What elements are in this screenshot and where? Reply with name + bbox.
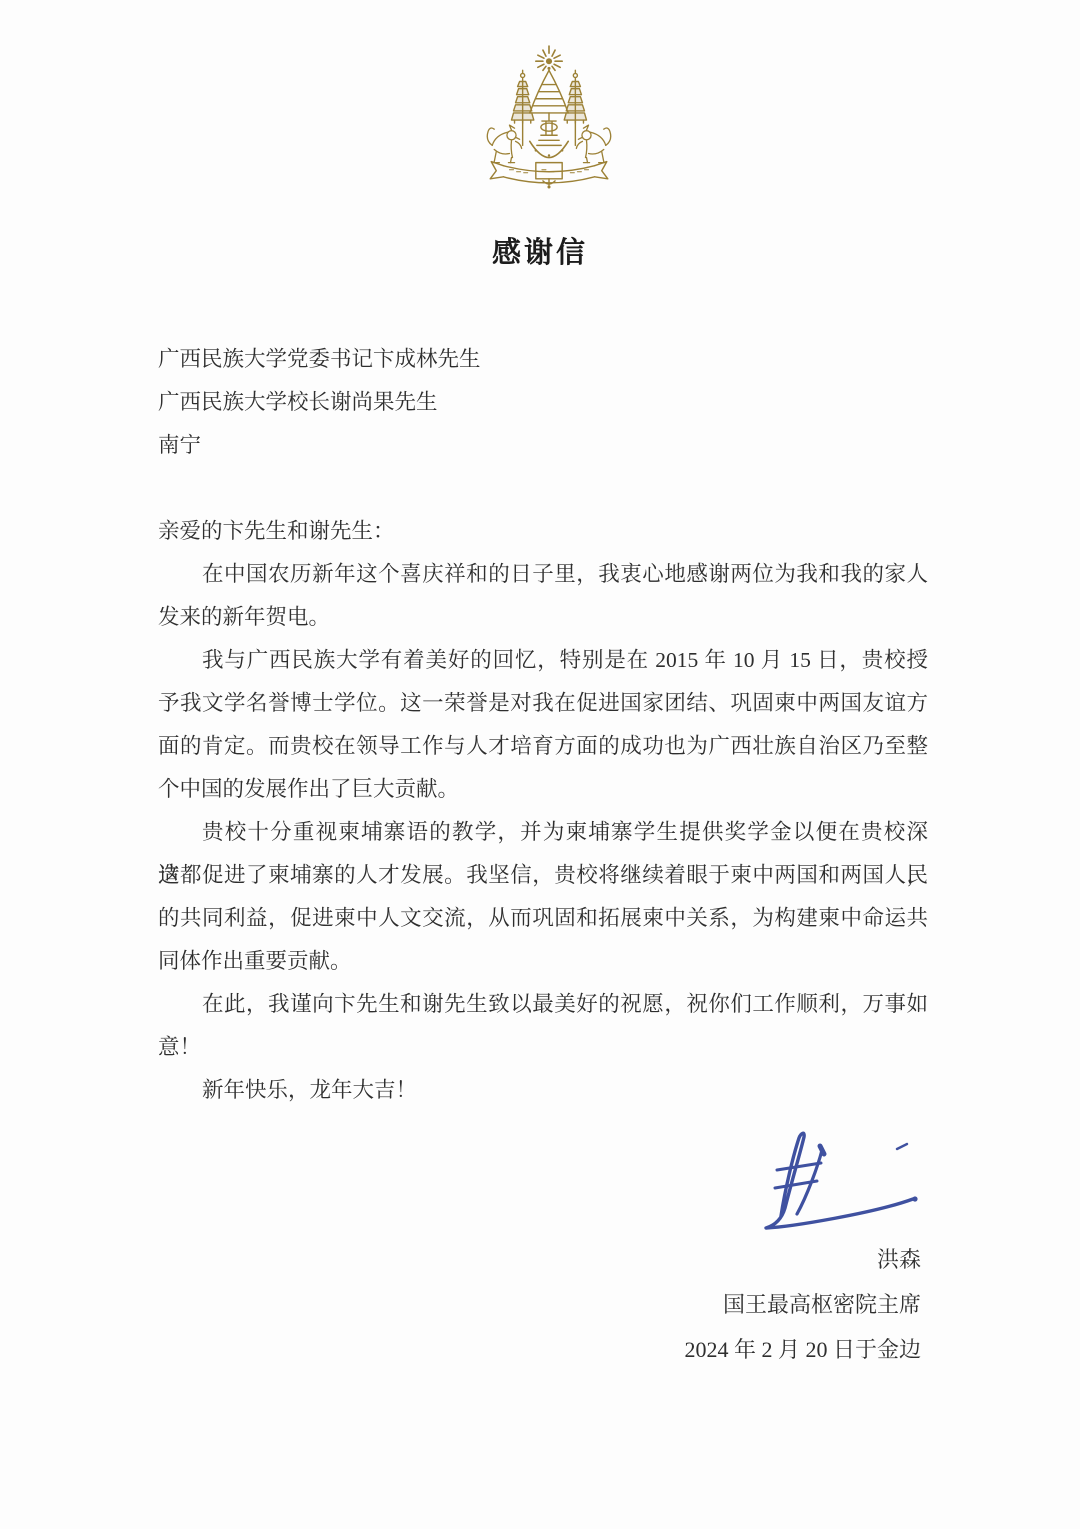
date-place: 2024 年 2 月 20 日于金边 (560, 1327, 921, 1372)
letter-page: 感谢信 广西民族大学党委书记卞成林先生 广西民族大学校长谢尚果先生 南宁 亲爱的… (0, 0, 1080, 1529)
letter-title: 感谢信 (0, 230, 1080, 271)
body-line: 面的肯定。而贵校在领导工作与人才培育方面的成功也为广西壮族自治区乃至整 (158, 725, 928, 768)
signer-name: 洪森 (560, 1237, 921, 1282)
body-line: 我与广西民族大学有着美好的回忆，特别是在 2015 年 10 月 15 日，贵校… (158, 639, 928, 682)
recipient-city: 南宁 (158, 424, 928, 467)
salutation: 亲爱的卞先生和谢先生： (158, 510, 928, 553)
recipient-line: 广西民族大学校长谢尚果先生 (158, 381, 928, 424)
blank-line (158, 467, 928, 510)
body-line: 贵校十分重视柬埔寨语的教学，并为柬埔寨学生提供奖学金以便在贵校深造， (158, 811, 928, 854)
body-line: 在中国农历新年这个喜庆祥和的日子里，我衷心地感谢两位为我和我的家人 (158, 553, 928, 596)
body-line: 这都促进了柬埔寨的人才发展。我坚信，贵校将继续着眼于柬中两国和两国人民 (158, 854, 928, 897)
recipient-line: 广西民族大学党委书记卞成林先生 (158, 338, 928, 381)
signer-title: 国王最高枢密院主席 (560, 1282, 921, 1327)
handwritten-signature (735, 1118, 945, 1253)
body-line: 同体作出重要贡献。 (158, 940, 928, 983)
body-line: 个中国的发展作出了巨大贡献。 (158, 768, 928, 811)
body-line: 的共同利益，促进柬中人文交流，从而巩固和拓展柬中关系，为构建柬中命运共 (158, 897, 928, 940)
closing-block: 洪森 国王最高枢密院主席 2024 年 2 月 20 日于金边 (560, 1237, 921, 1372)
body-line: 意！ (158, 1026, 928, 1069)
body-line: 新年快乐，龙年大吉！ (158, 1069, 928, 1112)
body-line: 在此，我谨向卞先生和谢先生致以最美好的祝愿，祝你们工作顺利，万事如 (158, 983, 928, 1026)
body-line: 发来的新年贺电。 (158, 596, 928, 639)
letter-body: 广西民族大学党委书记卞成林先生 广西民族大学校长谢尚果先生 南宁 亲爱的卞先生和… (158, 338, 928, 1112)
cambodia-royal-arms-icon (475, 44, 623, 190)
body-line: 予我文学名誉博士学位。这一荣誉是对我在促进国家团结、巩固柬中两国友谊方 (158, 682, 928, 725)
